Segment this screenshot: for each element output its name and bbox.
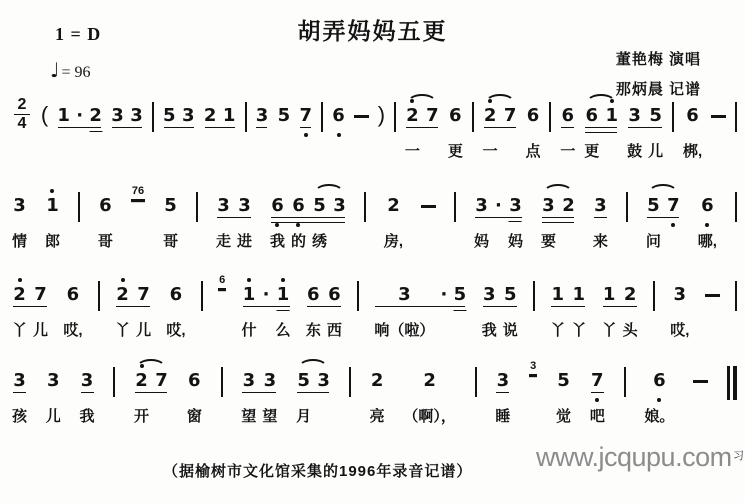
barline: [113, 367, 115, 397]
note: 3望: [262, 371, 277, 426]
note: 5绣: [312, 196, 327, 251]
note: 7儿: [136, 285, 151, 340]
note-digit: 7: [34, 285, 47, 305]
beam-group: 1什·1么: [242, 285, 291, 340]
lyric: 孩: [12, 408, 27, 426]
lyric: 妈: [508, 233, 523, 251]
note-digit: 6: [653, 371, 666, 391]
barline: [394, 102, 396, 132]
barline: [201, 281, 203, 311]
note-digit: 7: [137, 285, 150, 305]
lyric: 望: [262, 408, 277, 426]
octave-dot-high: [50, 189, 54, 193]
note: 2头: [623, 285, 638, 340]
lyric: 丫: [115, 322, 130, 340]
grace-note-digits: 76: [131, 185, 145, 200]
note: 2: [89, 106, 102, 126]
note: 6东: [306, 285, 321, 340]
note-digit: 3: [628, 106, 641, 126]
note-digit: 1: [605, 106, 618, 126]
dotted-rhythm-dot: ·: [263, 285, 270, 305]
note-digit: 5: [297, 371, 310, 391]
note-digit: 6: [188, 371, 201, 391]
beam-group: 5绣3: [312, 196, 346, 251]
beam-group: 5月3: [296, 371, 330, 426]
beam-group: 3走3进: [216, 196, 252, 251]
lyric: 哥: [98, 233, 113, 251]
lyric: 一: [405, 143, 420, 161]
note: 5月: [296, 371, 311, 426]
lyric: 儿: [648, 143, 663, 161]
note-digit: 6: [562, 106, 575, 126]
note-digit: 3: [317, 371, 330, 391]
note: 6一: [560, 106, 575, 161]
octave-dot-high: [247, 278, 251, 282]
barline: [78, 192, 80, 222]
barline: [735, 192, 737, 222]
note: 3: [130, 106, 143, 126]
note: ·: [440, 285, 447, 305]
note-digit: 2: [387, 196, 400, 216]
octave-dot-low: [304, 133, 308, 137]
grace-note: 3: [529, 360, 537, 375]
lyric: 头: [623, 322, 638, 340]
note: 7: [426, 106, 439, 126]
barline: [221, 367, 223, 397]
lyric: 西: [327, 322, 342, 340]
sixteenth-underline: [89, 131, 102, 132]
sixteenth-underline: [277, 310, 290, 311]
note-digit: 2: [116, 285, 129, 305]
lyric: 儿: [46, 408, 61, 426]
note-digit: 6: [686, 106, 699, 126]
note: 5儿: [648, 106, 663, 161]
octave-dot-low: [595, 398, 599, 402]
barline: [454, 192, 456, 222]
note: 3: [333, 196, 346, 216]
lyric: 哎,: [670, 322, 689, 340]
barline: [349, 367, 351, 397]
lyric: 娘。: [644, 408, 674, 426]
note: 3来: [593, 196, 608, 251]
lyric: 说: [503, 322, 518, 340]
lyric: 郎: [45, 233, 60, 251]
music-system-2: 3情1郎6哥765哥3走3进6我6的5绣32房,3妈·3妈3要23来5问76哪,: [12, 196, 737, 251]
note: 6娘。: [644, 371, 674, 426]
note-digit: 7: [426, 106, 439, 126]
note: 6哎,: [166, 285, 185, 340]
note: 5: [453, 285, 466, 305]
lyric: 响（啦）: [374, 322, 434, 340]
lyric: 儿: [136, 322, 151, 340]
note: ·: [495, 196, 502, 216]
note: 1丫: [550, 285, 565, 340]
note-digit: 1: [57, 106, 70, 126]
note-digit: 5: [313, 196, 326, 216]
note: 3进: [237, 196, 252, 251]
note-digit: 3: [130, 106, 143, 126]
note: 5问: [646, 196, 661, 251]
note-digit: 7: [155, 371, 168, 391]
note: 3哎,: [670, 285, 689, 340]
beam-group: 3: [255, 106, 268, 126]
octave-dot-high: [410, 99, 414, 103]
beam-group: 1·2: [57, 106, 102, 126]
octave-dot-high: [140, 364, 144, 368]
song-title: 胡弄妈妈五更: [0, 13, 745, 46]
lyric: 么: [276, 322, 291, 340]
barline: [549, 102, 551, 132]
note-digit: 3: [217, 196, 230, 216]
beam-group: 21: [204, 106, 236, 126]
note: 7: [155, 371, 168, 391]
lyric: 什: [242, 322, 257, 340]
note-digit: 3: [47, 371, 60, 391]
beam-group: 3睡: [495, 371, 510, 426]
grace-note-digits: 3: [529, 360, 537, 375]
note-digit: 3: [81, 371, 94, 391]
lyric: 一: [483, 143, 498, 161]
note-digit: 3: [238, 196, 251, 216]
beam-group: 3我5说: [482, 285, 518, 340]
slur-arc: [543, 184, 573, 193]
note-digit: 3: [497, 371, 510, 391]
note: 2一: [405, 106, 420, 161]
beam-group: 3来: [593, 196, 608, 251]
note: 3妈: [474, 196, 489, 251]
time-signature-denominator: 4: [18, 116, 27, 131]
note-digit: 6: [449, 106, 462, 126]
final-barline-stroke: [733, 366, 737, 400]
lyric: 梆,: [683, 143, 702, 161]
tempo-marking: ♩= 96: [50, 58, 90, 82]
note: 2亮: [370, 371, 385, 426]
parenthesis: ): [378, 104, 385, 126]
note-digit: 2: [13, 285, 26, 305]
beam-group: 7: [299, 106, 312, 126]
note: 6梆,: [683, 106, 702, 161]
note-digit: 3: [256, 106, 269, 126]
lyric: 哥: [163, 233, 178, 251]
note: 6西: [327, 285, 342, 340]
beam-group: 6东6西: [306, 285, 342, 340]
beam-group: 3我: [80, 371, 95, 426]
barline: [624, 367, 626, 397]
note-digit: 2: [562, 196, 575, 216]
note-digit: 1: [573, 285, 586, 305]
beam-group: 3鼓5儿: [627, 106, 663, 161]
note-digit: 6: [527, 106, 540, 126]
note-digit: 2: [89, 106, 102, 126]
lyric: 儿: [33, 322, 48, 340]
lyric: 觉: [556, 408, 571, 426]
barline: [735, 102, 737, 132]
note: 1郎: [45, 196, 60, 251]
note-digit: 3: [182, 106, 195, 126]
credits: 董艳梅 演唱 那炳晨 记谱: [616, 45, 701, 105]
lyric: 情: [12, 233, 27, 251]
note: 3睡: [495, 371, 510, 426]
note: 3: [317, 371, 330, 391]
note-digit: 7: [299, 106, 312, 126]
note-digit: 3: [509, 196, 522, 216]
note-digit: 2: [406, 106, 419, 126]
lyric: 我: [270, 233, 285, 251]
beam-group: 3要2: [541, 196, 575, 251]
octave-dot-high: [18, 278, 22, 282]
beam-group: 2丫7儿: [12, 285, 48, 340]
lyric: 更: [584, 143, 599, 161]
note-digit: 6: [170, 285, 183, 305]
note-digit: 3: [243, 371, 256, 391]
lyric: 我: [80, 408, 95, 426]
octave-dot-high: [610, 99, 614, 103]
beam-group: 3响（啦）·5: [374, 285, 466, 340]
lyric: 丫: [571, 322, 586, 340]
beam-group: 3望3望: [241, 371, 277, 426]
barline: [672, 102, 674, 132]
barline: [245, 102, 247, 132]
time-signature: 24: [12, 97, 32, 131]
note: 6哪,: [698, 196, 717, 251]
lyric: 望: [241, 408, 256, 426]
note-digit: 7: [591, 371, 604, 391]
note-digit: 6: [585, 106, 598, 126]
note: 6我: [270, 196, 285, 251]
lyric: 要: [541, 233, 556, 251]
lyric: 哎,: [63, 322, 82, 340]
grace-note-digits: 6: [218, 274, 226, 289]
note-digit: 3: [483, 285, 496, 305]
lyric: 哎,: [166, 322, 185, 340]
note: 3走: [216, 196, 231, 251]
note: 5说: [503, 285, 518, 340]
grace-note: 6: [218, 274, 226, 289]
lyric: 东: [306, 322, 321, 340]
beam-group: 7吧: [590, 371, 605, 426]
note: 2房,: [384, 196, 403, 251]
barline: [533, 281, 535, 311]
note: 3要: [541, 196, 556, 251]
slur-arc: [648, 184, 678, 193]
barline: [475, 367, 477, 397]
note-digit: 5: [164, 196, 177, 216]
note-digit: 6: [271, 196, 284, 216]
barline: [472, 102, 474, 132]
note-digit: 3: [13, 196, 26, 216]
sixteenth-underline: [509, 221, 522, 222]
note: 5: [277, 106, 290, 126]
note: 1: [605, 106, 618, 126]
note-digit: 3: [398, 285, 411, 305]
barline: [357, 281, 359, 311]
note: 3我: [80, 371, 95, 426]
note-digit: 6: [292, 196, 305, 216]
octave-dot-high: [488, 99, 492, 103]
note: 7儿: [33, 285, 48, 340]
note-digit: 1: [603, 285, 616, 305]
sustain-dash: [354, 115, 369, 118]
note-digit: 3: [594, 196, 607, 216]
note-digit: 2: [624, 285, 637, 305]
note: 1丫: [602, 285, 617, 340]
note: 3鼓: [627, 106, 642, 161]
note: 3儿: [46, 371, 61, 426]
beam-group: 3孩: [12, 371, 27, 426]
time-signature-numerator: 2: [18, 97, 27, 112]
note: 2开: [134, 371, 149, 426]
beam-group: 5问7: [646, 196, 680, 251]
note: 2: [204, 106, 217, 126]
beam-group: 2一7: [483, 106, 517, 161]
note: 1丫: [571, 285, 586, 340]
note: 1: [57, 106, 70, 126]
lyric: 吧: [590, 408, 605, 426]
parenthesis: (: [41, 104, 48, 126]
note-digit: 3: [674, 285, 687, 305]
lyric: 更: [448, 143, 463, 161]
music-system-3: 2丫7儿6哎,2丫7儿6哎,61什·1么6东6西3响（啦）·53我5说1丫1丫1…: [12, 285, 737, 340]
final-barline: [727, 366, 737, 400]
quarter-note-icon: ♩: [50, 58, 59, 82]
credit-notator: 那炳晨 记谱: [616, 75, 701, 105]
note: 6更: [448, 106, 463, 161]
barline: [196, 192, 198, 222]
note: 6的: [291, 196, 306, 251]
beam-group: 1丫1丫: [550, 285, 586, 340]
note-digit: 2: [204, 106, 217, 126]
lyric: 丫: [602, 322, 617, 340]
note: 6哎,: [63, 285, 82, 340]
grace-note: 76: [131, 185, 145, 200]
beam-group: 2开7: [134, 371, 168, 426]
lyric: 进: [237, 233, 252, 251]
beam-group: 6我6的5绣3: [270, 196, 346, 251]
note-digit: 2: [371, 371, 384, 391]
note: 2丫: [115, 285, 130, 340]
note-digit: 5: [278, 106, 291, 126]
note: 1什: [242, 285, 257, 340]
note: 1: [223, 106, 236, 126]
final-barline-stroke: [727, 366, 731, 400]
sustain-dash: [711, 115, 726, 118]
note: 5: [163, 106, 176, 126]
note-digit: 1: [277, 285, 290, 305]
lyric: 亮: [370, 408, 385, 426]
music-system-4: 3孩3儿3我2开76窗3望3望5月32亮2（啊），3睡35觉7吧6娘。: [12, 371, 737, 426]
note: 2一: [483, 106, 498, 161]
note: 3情: [12, 196, 27, 251]
sustain-dash: [693, 380, 708, 383]
barline: [626, 192, 628, 222]
note-digit: 2: [423, 371, 436, 391]
note-digit: 6: [701, 196, 714, 216]
tempo-value: = 96: [61, 64, 90, 81]
lyric: 丫: [550, 322, 565, 340]
sustain-dash: [421, 205, 436, 208]
barline: [152, 102, 154, 132]
note: 7: [299, 106, 312, 126]
lyric: 我: [482, 322, 497, 340]
lyric: 妈: [474, 233, 489, 251]
lyric: 的: [291, 233, 306, 251]
note: 6: [332, 106, 345, 126]
barline: [735, 281, 737, 311]
note-digit: 5: [647, 196, 660, 216]
octave-dot-low: [671, 223, 675, 227]
note-digit: 6: [67, 285, 80, 305]
note: 6窗: [187, 371, 202, 426]
note: 3我: [482, 285, 497, 340]
note-digit: 1: [552, 285, 565, 305]
beam-group: 33: [111, 106, 143, 126]
lyric: 问: [646, 233, 661, 251]
beam-group: 6一: [560, 106, 575, 161]
note: 7: [504, 106, 517, 126]
note: 6点: [526, 106, 541, 161]
source-note: （据榆树市文化馆采集的1996年录音记谱）: [163, 460, 472, 481]
note: 3: [182, 106, 195, 126]
note: 3望: [241, 371, 256, 426]
dotted-rhythm-dot: ·: [76, 106, 83, 126]
note-digit: 3: [111, 106, 124, 126]
note-digit: 1: [46, 196, 59, 216]
dotted-rhythm-dot: ·: [441, 285, 448, 305]
lyric: 鼓: [627, 143, 642, 161]
note-digit: 6: [307, 285, 320, 305]
note: 3响（啦）: [374, 285, 434, 340]
note-digit: 1: [243, 285, 256, 305]
note-digit: 6: [99, 196, 112, 216]
octave-dot-high: [281, 278, 285, 282]
sixteenth-underline: [453, 310, 466, 311]
note-digit: 2: [135, 371, 148, 391]
note: 5哥: [163, 196, 178, 251]
note: 1么: [276, 285, 291, 340]
lyric: 来: [593, 233, 608, 251]
lyric: 一: [560, 143, 575, 161]
octave-dot-low: [296, 223, 300, 227]
barline: [98, 281, 100, 311]
beam-group: 1丫2头: [602, 285, 638, 340]
barline: [321, 102, 323, 132]
slur-arc: [314, 184, 344, 193]
lyric: （啊），: [403, 408, 456, 426]
note: 7吧: [590, 371, 605, 426]
watermark-edge-character: 习: [733, 447, 744, 463]
barline: [364, 192, 366, 222]
beam-group: 53: [163, 106, 195, 126]
octave-dot-low: [275, 223, 279, 227]
note: 2（啊），: [403, 371, 456, 426]
note-digit: 3: [13, 371, 26, 391]
lyric: 点: [526, 143, 541, 161]
note: 6更: [584, 106, 599, 161]
note: ·: [76, 106, 83, 126]
octave-dot-low: [705, 223, 709, 227]
beam-group: 6更1: [584, 106, 618, 161]
lyric: 丫: [12, 322, 27, 340]
note-digit: 7: [504, 106, 517, 126]
lyric: 走: [216, 233, 231, 251]
beam-group: 2一7: [405, 106, 439, 161]
octave-dot-low: [657, 398, 661, 402]
note: 3: [255, 106, 268, 126]
note-digit: 5: [163, 106, 176, 126]
slur-arc: [298, 359, 328, 368]
note-digit: 6: [328, 285, 341, 305]
lyric: 睡: [495, 408, 510, 426]
